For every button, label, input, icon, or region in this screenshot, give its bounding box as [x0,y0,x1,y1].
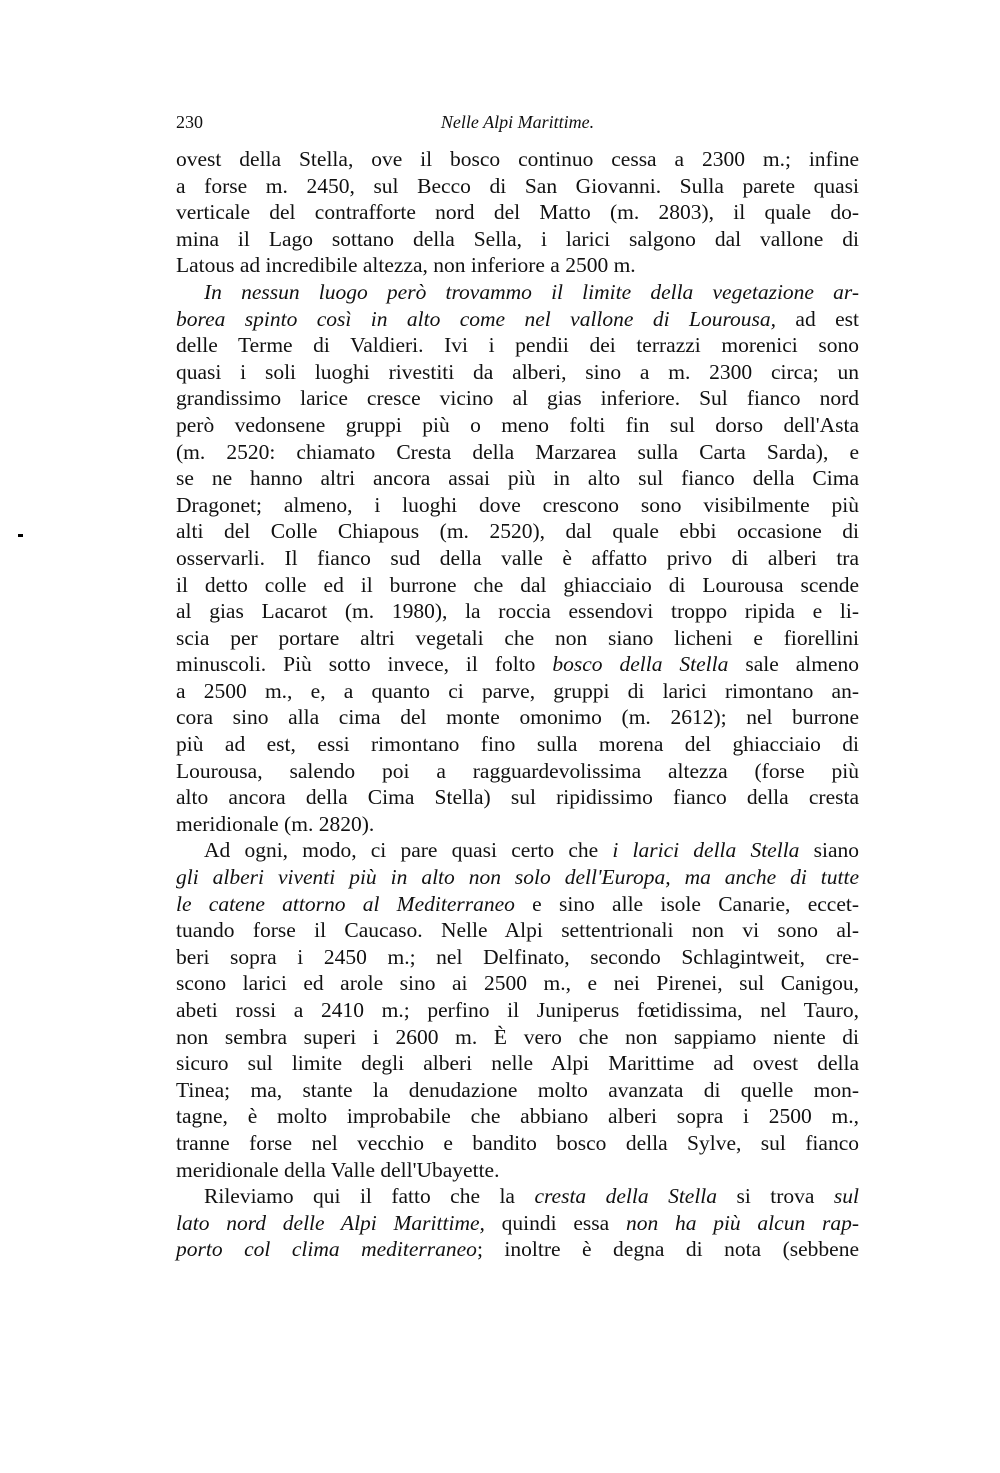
text-segment: grandissimo larice cresce vicino al gias… [176,386,859,410]
text-line: Dragonet; almeno, i luoghi dove crescono… [176,492,859,519]
text-line: se ne hanno altri ancora assai più in al… [176,465,859,492]
text-segment: scia per portare altri vegetali che non … [176,626,859,650]
text-segment: non sembra superi i 2600 m. È vero che n… [176,1025,859,1049]
text-segment: a 2500 m., e, a quanto ci parve, gruppi … [176,679,859,703]
text-line: meridionale (m. 2820). [176,811,859,838]
italic-text: bosco della Stella [552,652,728,676]
text-segment: Latous ad incredibile altezza, non infer… [176,253,636,277]
text-segment: meridionale della Valle dell'Ubayette. [176,1158,499,1182]
text-line: Ad ogni, modo, ci pare quasi certo che i… [176,837,859,864]
text-line: delle Terme di Valdieri. Ivi i pendii de… [176,332,859,359]
text-segment: quasi i soli luoghi rivestiti da alberi,… [176,360,859,384]
text-segment: ad est [776,307,859,331]
text-line: grandissimo larice cresce vicino al gias… [176,385,859,412]
text-segment: Ad ogni, modo, ci pare quasi certo che [204,838,612,862]
text-line: sicuro sul limite degli alberi nelle Alp… [176,1050,859,1077]
text-line: quasi i soli luoghi rivestiti da alberi,… [176,359,859,386]
text-segment: il detto colle ed il burrone che dal ghi… [176,573,859,597]
text-line: Lourousa, salendo poi a ragguardevolissi… [176,758,859,785]
text-line: In nessun luogo però trovammo il limite … [176,279,859,306]
text-segment: tagne, è molto improbabile che abbiano a… [176,1104,859,1128]
text-segment: tranne forse nel vecchio e bandito bosco… [176,1131,859,1155]
text-line: a forse m. 2450, sul Becco di San Giovan… [176,173,859,200]
text-line: a 2500 m., e, a quanto ci parve, gruppi … [176,678,859,705]
body-text: ovest della Stella, ove il bosco continu… [176,146,859,1263]
text-segment: si trova [717,1184,834,1208]
text-line: tuando forse il Caucaso. Nelle Alpi sett… [176,917,859,944]
text-segment: più ad est, essi rimontano fino sulla mo… [176,732,859,756]
text-line: scono larici ed arole sino ai 2500 m., e… [176,970,859,997]
text-segment: minuscoli. Più sotto invece, il folto [176,652,552,676]
italic-text: cresta della Stella [534,1184,717,1208]
italic-text: In nessun luogo però trovammo il limite … [204,280,859,304]
text-segment: abeti rossi a 2410 m.; perfino il Junipe… [176,998,859,1022]
text-segment: Dragonet; almeno, i luoghi dove crescono… [176,493,859,517]
text-line: tagne, è molto improbabile che abbiano a… [176,1103,859,1130]
text-segment: sicuro sul limite degli alberi nelle Alp… [176,1051,859,1075]
text-line: beri sopra i 2450 m.; nel Delfinato, sec… [176,944,859,971]
text-line: minuscoli. Più sotto invece, il folto bo… [176,651,859,678]
text-segment: delle Terme di Valdieri. Ivi i pendii de… [176,333,859,357]
text-line: non sembra superi i 2600 m. È vero che n… [176,1024,859,1051]
text-segment: alti del Colle Chiapous (m. 2520), dal q… [176,519,859,543]
italic-text: lato nord delle Alpi Marittime, [176,1211,485,1235]
text-segment: Lourousa, salendo poi a ragguardevolissi… [176,759,859,783]
page-header: 230 Nelle Alpi Marittime. [176,112,859,138]
text-line: lato nord delle Alpi Marittime, quindi e… [176,1210,859,1237]
text-line: però vedonsene gruppi più o meno folti f… [176,412,859,439]
text-segment: scono larici ed arole sino ai 2500 m., e… [176,971,859,995]
text-segment: Rileviamo qui il fatto che la [204,1184,534,1208]
running-title: Nelle Alpi Marittime. [176,112,859,133]
text-segment: (m. 2520: chiamato Cresta della Marzarea… [176,440,859,464]
text-line: più ad est, essi rimontano fino sulla mo… [176,731,859,758]
text-segment: al gias Lacarot (m. 1980), la roccia ess… [176,599,859,623]
text-segment: ; inoltre è degna di nota (sebbene [477,1237,859,1261]
text-line: scia per portare altri vegetali che non … [176,625,859,652]
italic-text: i larici della Stella [612,838,799,862]
margin-speck [18,534,23,537]
text-line: il detto colle ed il burrone che dal ghi… [176,572,859,599]
text-segment: se ne hanno altri ancora assai più in al… [176,466,859,490]
italic-text: borea spinto così in alto come nel vallo… [176,307,776,331]
text-line: verticale del contrafforte nord del Matt… [176,199,859,226]
text-line: le catene attorno al Mediterraneo e sino… [176,891,859,918]
text-line: meridionale della Valle dell'Ubayette. [176,1157,859,1184]
text-line: mina il Lago sottano della Sella, i lari… [176,226,859,253]
text-segment: cora sino alla cima del monte omonimo (m… [176,705,859,729]
text-line: Latous ad incredibile altezza, non infer… [176,252,859,279]
text-segment: tuando forse il Caucaso. Nelle Alpi sett… [176,918,859,942]
text-segment: sale almeno [728,652,859,676]
text-segment: ovest della Stella, ove il bosco continu… [176,147,859,171]
text-segment: beri sopra i 2450 m.; nel Delfinato, sec… [176,945,859,969]
text-line: cora sino alla cima del monte omonimo (m… [176,704,859,731]
italic-text: le catene attorno al Mediterraneo [176,892,515,916]
text-segment: verticale del contrafforte nord del Matt… [176,200,859,224]
text-line: al gias Lacarot (m. 1980), la roccia ess… [176,598,859,625]
italic-text: porto col clima mediterraneo [176,1237,477,1261]
text-segment: meridionale (m. 2820). [176,812,374,836]
text-line: (m. 2520: chiamato Cresta della Marzarea… [176,439,859,466]
text-segment: però vedonsene gruppi più o meno folti f… [176,413,859,437]
text-segment: a forse m. 2450, sul Becco di San Giovan… [176,174,859,198]
italic-text: non ha più alcun rap- [626,1211,859,1235]
text-segment: alto ancora della Cima Stella) sul ripid… [176,785,859,809]
text-segment: Tinea; ma, stante la denudazione molto a… [176,1078,859,1102]
text-line: gli alberi viventi più in alto non solo … [176,864,859,891]
text-line: borea spinto così in alto come nel vallo… [176,306,859,333]
text-segment: osservarli. Il fianco sud della valle è … [176,546,859,570]
italic-text: sul [834,1184,859,1208]
text-segment: quindi essa [485,1211,626,1235]
text-segment: e sino alle isole Canarie, eccet- [515,892,859,916]
text-segment: mina il Lago sottano della Sella, i lari… [176,227,859,251]
text-line: alti del Colle Chiapous (m. 2520), dal q… [176,518,859,545]
italic-text: gli alberi viventi più in alto non solo … [176,865,859,889]
text-line: Rileviamo qui il fatto che la cresta del… [176,1183,859,1210]
text-line: tranne forse nel vecchio e bandito bosco… [176,1130,859,1157]
text-line: abeti rossi a 2410 m.; perfino il Junipe… [176,997,859,1024]
text-line: porto col clima mediterraneo; inoltre è … [176,1236,859,1263]
text-line: alto ancora della Cima Stella) sul ripid… [176,784,859,811]
text-segment: siano [799,838,859,862]
text-line: ovest della Stella, ove il bosco continu… [176,146,859,173]
text-line: Tinea; ma, stante la denudazione molto a… [176,1077,859,1104]
book-page: 230 Nelle Alpi Marittime. ovest della St… [0,0,1000,1473]
text-line: osservarli. Il fianco sud della valle è … [176,545,859,572]
